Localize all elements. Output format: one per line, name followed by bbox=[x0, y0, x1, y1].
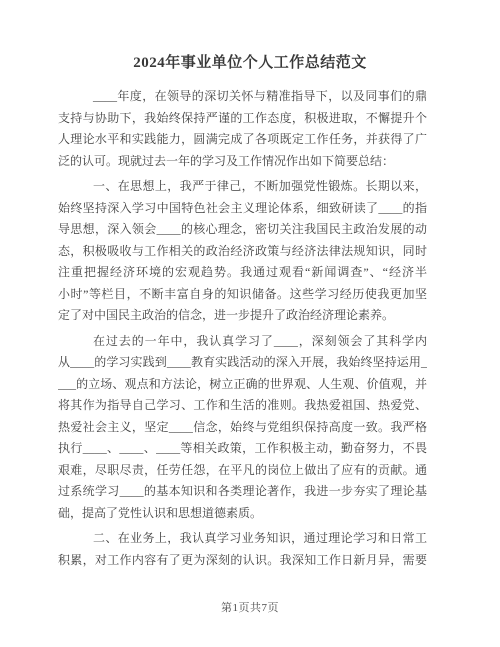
paragraph-line: 从____的学习实践到____教育实践活动的深入开展，我始终坚持运用_ bbox=[58, 352, 427, 374]
document-body: ____年度，在领导的深切关怀与精准指导下，以及同事们的鼎力支持与协助下，我始终… bbox=[58, 86, 427, 571]
paragraph-line: ____年度，在领导的深切关怀与精准指导下，以及同事们的鼎力 bbox=[58, 86, 427, 108]
paragraph-line: 始终坚持深入学习中国特色社会主义理论体系，细致研读了____的指 bbox=[58, 198, 427, 220]
paragraph-line: 础，提高了党性认识和思想道德素质。 bbox=[58, 503, 427, 525]
paragraph-line: 注重把握经济环境的宏观趋势。我通过观看“新闻调查”、“经济半 bbox=[58, 262, 427, 284]
paragraph-line: 泛的认可。现就过去一年的学习及工作情况作出如下简要总结： bbox=[58, 151, 427, 173]
paragraph-line: 二、在业务上，我认真学习业务知识，通过理论学习和日常工作 bbox=[58, 528, 427, 550]
paragraph-line: 支持与协助下，我始终保持严谨的工作态度，积极进取，不懈提升个 bbox=[58, 108, 427, 130]
document-title: 2024年事业单位个人工作总结范文 bbox=[0, 0, 500, 74]
page-footer: 第1页共7页 bbox=[0, 600, 500, 616]
paragraph: 在过去的一年中，我认真学习了____，深刻领会了其科学内涵。从____的学习实践… bbox=[58, 331, 427, 525]
document-page: 2024年事业单位个人工作总结范文 ____年度，在领导的深切关怀与精准指导下，… bbox=[0, 0, 500, 647]
paragraph-line: 导思想，深入领会____的核心理念，密切关注我国民主政治发展的动 bbox=[58, 219, 427, 241]
paragraph-line: 在过去的一年中，我认真学习了____，深刻领会了其科学内涵。 bbox=[58, 331, 427, 353]
paragraph-line: 人理论水平和实践能力，圆满完成了各项既定工作任务，并获得了广 bbox=[58, 129, 427, 151]
paragraph-line: 小时”等栏目，不断丰富自身的知识储备。这些学习经历使我更加坚 bbox=[58, 284, 427, 306]
paragraph: ____年度，在领导的深切关怀与精准指导下，以及同事们的鼎力支持与协助下，我始终… bbox=[58, 86, 427, 172]
paragraph-line: 一、在思想上，我严于律己，不断加强党性锻炼。长期以来，我 bbox=[58, 176, 427, 198]
paragraph-line: 将其作为指导自己学习、工作和生活的准则。我热爱祖国、热爱党、 bbox=[58, 395, 427, 417]
page-number: 第1页共7页 bbox=[221, 602, 279, 614]
paragraph: 一、在思想上，我严于律己，不断加强党性锻炼。长期以来，我始终坚持深入学习中国特色… bbox=[58, 176, 427, 327]
paragraph-line: 热爱社会主义，坚定____信念，始终与党组织保持高度一致。我严格 bbox=[58, 417, 427, 439]
paragraph: 二、在业务上，我认真学习业务知识，通过理论学习和日常工作积累，对工作内容有了更为… bbox=[58, 528, 427, 571]
paragraph-line: 执行____、____、____等相关政策，工作积极主动，勤奋努力，不畏 bbox=[58, 438, 427, 460]
paragraph-line: 积累，对工作内容有了更为深刻的认识。我深知工作日新月异，需要 bbox=[58, 550, 427, 572]
paragraph-line: 过系统学习____的基本知识和各类理论著作，我进一步夯实了理论基 bbox=[58, 481, 427, 503]
paragraph-line: 艰难，尽职尽责，任劳任怨，在平凡的岗位上做出了应有的贡献。通 bbox=[58, 460, 427, 482]
paragraph-line: 态，积极吸收与工作相关的政治经济政策与经济法律法规知识，同时 bbox=[58, 241, 427, 263]
paragraph-line: 定了对中国民主政治的信念，进一步提升了政治经济理论素养。 bbox=[58, 305, 427, 327]
paragraph-line: ___的立场、观点和方法论，树立正确的世界观、人生观、价值观，并 bbox=[58, 374, 427, 396]
